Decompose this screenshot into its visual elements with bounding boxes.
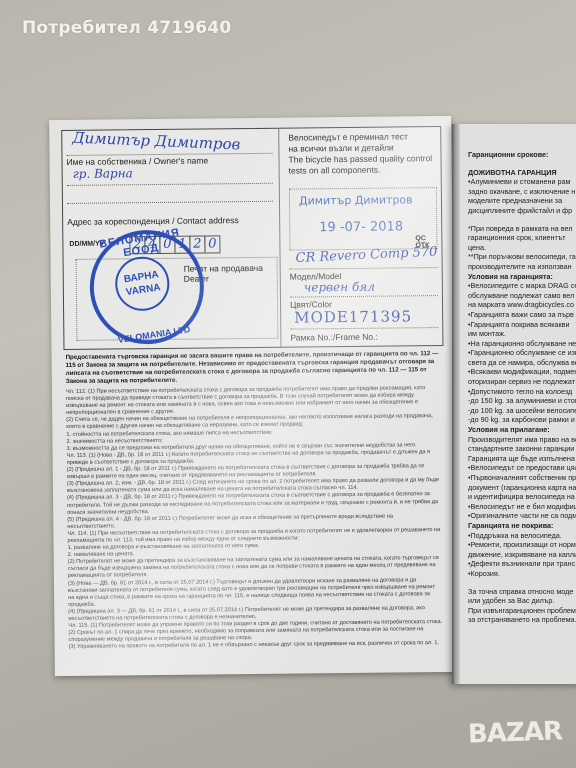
stamp-center: ВАРНА VARNA <box>112 253 173 314</box>
warranty-card-page: Димитър Димитров Име на собственика / Ow… <box>49 116 457 676</box>
text-line: •Допустимото тегло на колоезд <box>468 387 576 397</box>
text-line: на марката www.dragbicycles.co <box>468 300 576 310</box>
text-line: цена. <box>468 243 576 253</box>
qc-date-stamp: 19 -07- 2018 <box>319 219 403 235</box>
qc-text-en-2: tests on all components. <box>289 165 381 176</box>
text-line: При извънгаранционен проблем <box>468 606 576 616</box>
footer-lines: За точна справка относно модеили удобен … <box>468 587 576 625</box>
legal-paragraph: (3) (Нова — ДВ, бр. 61 от 2014 г., в сил… <box>68 577 442 609</box>
text-line: стандартните законни гаранции <box>468 444 576 454</box>
text-line: света да се намира, обслужва вел <box>468 358 576 368</box>
text-line: -до 150 kg. за алуминиеви и стома <box>468 396 576 406</box>
text-line: **При поръчкови велосипеди, га <box>468 252 576 262</box>
color-handwritten: червен бял <box>304 280 375 295</box>
seller-watermark: Потребител 4719640 <box>22 18 231 38</box>
form-divider <box>278 129 281 347</box>
not-covered-lines: •Поддръжка на велосипеда.•Ремонти, произ… <box>468 531 576 579</box>
text-line: оторизиран сервиз не подлежат <box>468 377 576 387</box>
text-line: или удобен за Вас дилър. <box>468 596 576 606</box>
notes-lines: *При повреда в рамката на велгаранционни… <box>468 224 576 272</box>
address-line-2 <box>67 201 273 204</box>
warranty-terms-page: Гаранционни срокове: ДОЖИВОТНА ГАРАНЦИЯ … <box>452 124 576 684</box>
legal-text: Предоставената търговска гаранция не зас… <box>66 350 443 651</box>
not-covered-heading: Гаранцията не покрива: <box>468 521 576 531</box>
text-line: •Поддръжка на велосипеда. <box>468 531 576 541</box>
text-line: •Всякакви модификации, подмени <box>468 367 576 377</box>
lifetime-heading: ДОЖИВОТНА ГАРАНЦИЯ <box>468 168 576 178</box>
conditions-lines: •Велосипедите с марка DRAG сеобслужване … <box>468 281 576 425</box>
model-line <box>290 267 438 270</box>
text-line: дисциплините фрийстайл и фр <box>468 206 576 216</box>
terms-title: Гаранционни срокове: <box>468 150 576 160</box>
text-line: производителите на използван <box>468 262 576 272</box>
text-line: •Велосипедът се предостави цял <box>468 463 576 473</box>
text-line: им монтаж. <box>468 329 576 339</box>
lifetime-lines: •Алуминиеви и стоманени рамзадно окачван… <box>468 177 576 215</box>
text-line: Производителят има право на во <box>468 435 576 445</box>
frame-line <box>290 327 438 330</box>
application-heading: Условия на прилагане: <box>468 425 576 435</box>
conditions-heading: Условия на гаранцията: <box>468 272 576 282</box>
text-line: -до 100 kg. за шосейни велосипеди <box>468 406 576 416</box>
bazar-logo: BAZAR <box>468 716 563 749</box>
text-line: •На гаранционно обслужване не <box>468 339 576 349</box>
owner-name-label: Име на собственика / Owner's name <box>66 155 208 166</box>
frame-label: Рамка No.:/Frame No.: <box>290 332 378 343</box>
text-line: •Велосипедите с марка DRAG се <box>468 281 576 291</box>
text-line: •Гаранцията важи само за първ <box>468 310 576 320</box>
address-label: Адрес за кореспонденция / Contact addres… <box>67 215 239 227</box>
text-line: Гаранцията ще бъде изпълнена в <box>468 454 576 464</box>
text-line: -до 90 kg. за карбонови рамки и ра <box>468 415 576 425</box>
text-line: задно окачване, с изключение н <box>468 187 576 197</box>
text-line: •Дефекти възникнали при транс <box>468 559 576 569</box>
date-digit: 0 <box>204 235 220 253</box>
text-line: •Оригиналните части не са подм <box>468 511 576 521</box>
legal-paragraph: Чл. 112. (1) При несъответствие на потре… <box>66 385 440 417</box>
text-line: •Корозия. <box>468 569 576 579</box>
qc-text-bg-1: Велосипедът е преминал тест <box>288 131 408 142</box>
frame-number-handwritten: MODE171395 <box>294 307 412 326</box>
text-line: •Ремонти, произлизащи от норм <box>468 540 576 550</box>
color-line <box>290 295 438 298</box>
qc-text-bg-2: на всички възли и детайли <box>288 143 393 154</box>
qc-text-en-1: The bicycle has passed quality control <box>288 153 432 165</box>
text-line: моделите предназначени за <box>468 196 576 206</box>
text-line: •Гаранцията покрива всякакви <box>468 320 576 330</box>
text-line: *При повреда в рамката на вел <box>468 224 576 234</box>
text-line: за отстраняването на проблема. П <box>468 615 576 625</box>
text-line: обслужване подлежат само вел <box>468 291 576 301</box>
owner-city-handwritten: гр. Варна <box>73 166 133 181</box>
text-line: движение, изкривяване на капли <box>468 550 576 560</box>
page-binding-edge <box>452 124 460 684</box>
legal-paragraphs: Чл. 112. (1) При несъответствие на потре… <box>66 385 443 651</box>
text-line: гаранционния срок, клиентът <box>468 233 576 243</box>
text-line: •Алуминиеви и стоманени рам <box>468 177 576 187</box>
text-line: •Велосипедът не е бил модифиц <box>468 502 576 512</box>
text-line: •Гаранционно обслужване се изв <box>468 348 576 358</box>
registration-form: Димитър Димитров Име на собственика / Ow… <box>61 126 443 350</box>
text-line: документ (гаранционна карта на <box>468 483 576 493</box>
owner-name-handwritten: Димитър Димитров <box>72 128 241 153</box>
text-line: •Първоначалният собственик пр <box>468 473 576 483</box>
address-line-1 <box>67 183 273 186</box>
qc-inspector-stamp: Димитър Димитров <box>299 193 413 207</box>
text-line: и идентифицира велосипеда на DR <box>468 492 576 502</box>
warranty-terms-text: Гаранционни срокове: ДОЖИВОТНА ГАРАНЦИЯ … <box>468 150 576 625</box>
legal-intro: Предоставената търговска гаранция не зас… <box>66 350 440 386</box>
application-lines: Производителят има право на востандартни… <box>468 435 576 521</box>
text-line: За точна справка относно моде <box>468 587 576 597</box>
